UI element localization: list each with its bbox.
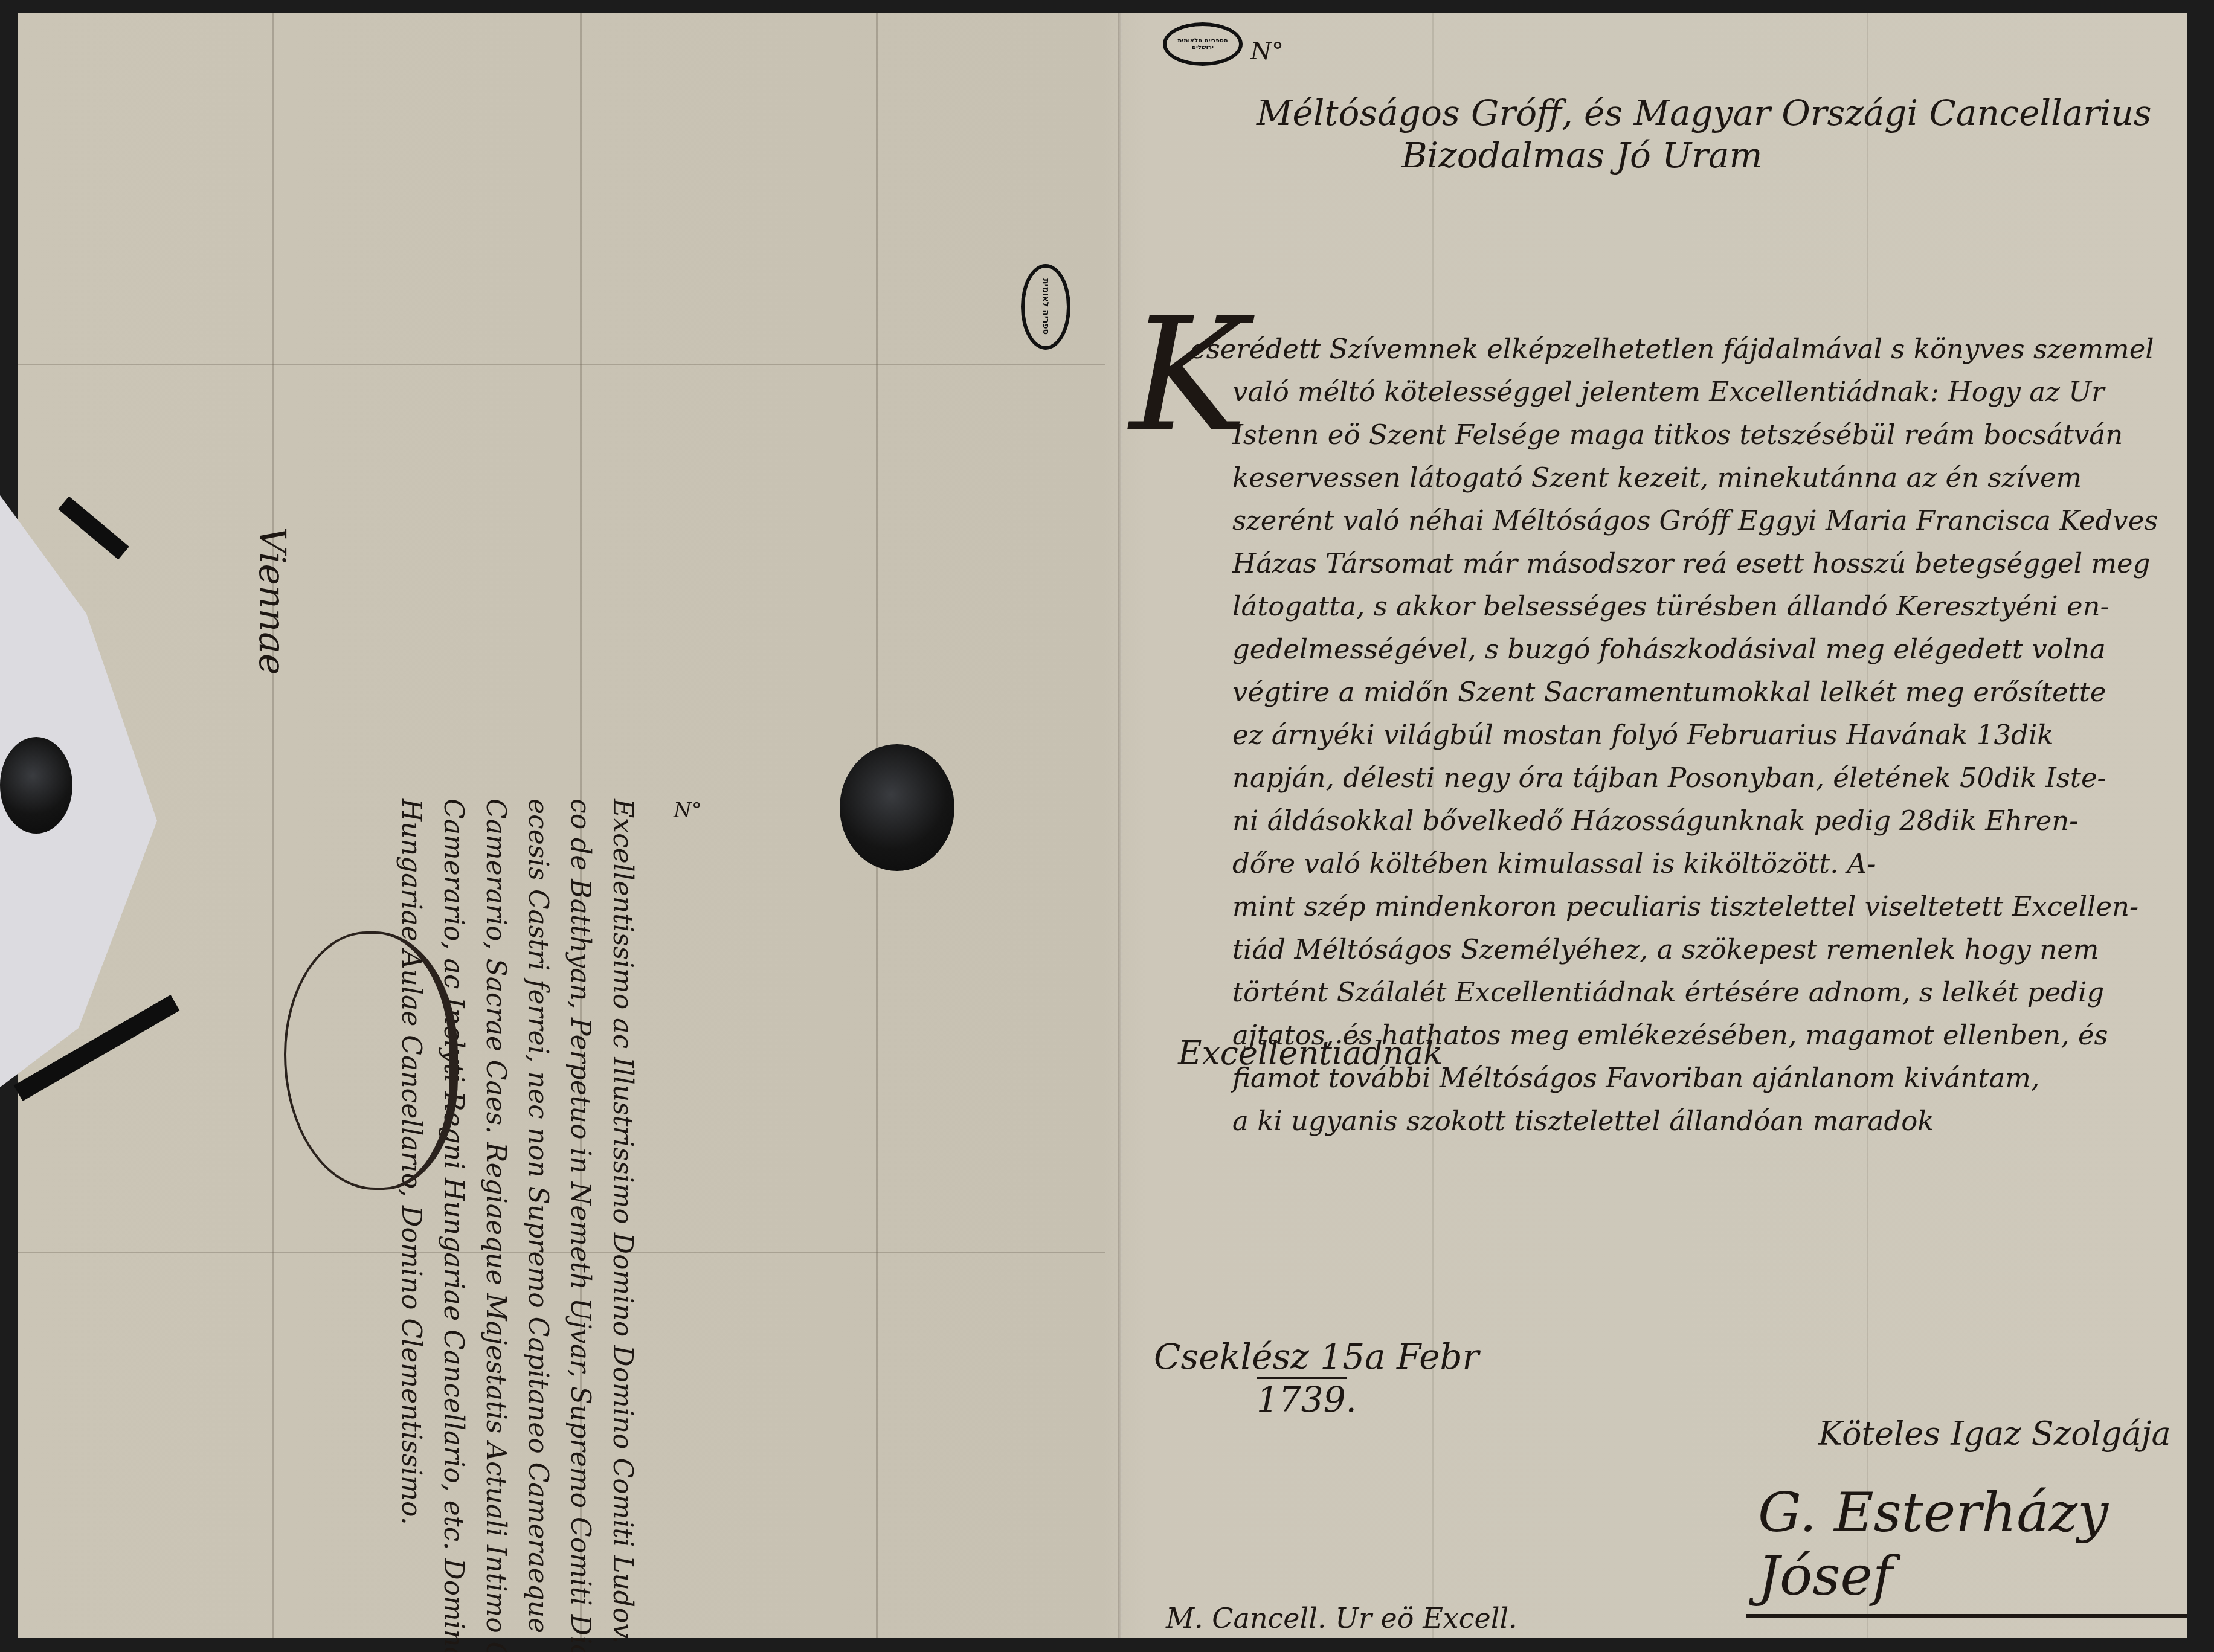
dateline: Cseklész 15a Febr 1739. <box>1154 1336 1479 1420</box>
body-line: mint szép mindenkoron peculiaris tisztel… <box>1190 885 2205 928</box>
wax-seal-fragment-icon <box>0 737 72 834</box>
body-line: való méltó kötelességgel jelentem Excell… <box>1190 370 2205 413</box>
header-number: N° <box>1250 37 1284 65</box>
address-line: Excellentissimo ac Illustrissimo Domino … <box>601 799 643 1306</box>
body-line: eserédett Szívemnek elképzelhetetlen fáj… <box>1190 327 2205 370</box>
signature: G. Esterházy Jósef <box>1746 1481 2187 1618</box>
body-line: ni áldásokkal bővelkedő Házosságunknak p… <box>1190 799 2205 842</box>
body-line: végtire a midőn Szent Sacramentumokkal l… <box>1190 670 2205 713</box>
sign-formula: Köteles Igaz Szolgája <box>1818 1415 2171 1453</box>
flourish-icon <box>284 931 458 1190</box>
library-stamp-icon: ספריה לאומית <box>1021 264 1070 350</box>
library-stamp-icon: הספרייה הלאומית ירושלים <box>1163 22 1243 66</box>
year: 1739. <box>1257 1377 1347 1420</box>
body-line: ez árnyéki világbúl mostan folyó Februar… <box>1190 713 2205 756</box>
body-line: Házas Társomat már másodszor reá esett h… <box>1190 542 2205 585</box>
address-line: co de Batthyan, Perpetuo in Nemeth Ujvar… <box>559 799 601 1306</box>
body-line: tiád Méltóságos Személyéhez, a szökepest… <box>1190 928 2205 971</box>
body-line: dőre való költében kimulassal is kiköltö… <box>1190 842 2205 885</box>
salutation-line-1: Méltóságos Gróff, és Magyar Országi Canc… <box>1257 92 2152 134</box>
body-line: történt Szálalét Excellentiádnak értésér… <box>1190 971 2205 1014</box>
fold-line <box>18 364 1105 365</box>
address-line: Camerario, Sacrae Caes. Regiaeque Majest… <box>474 799 516 1306</box>
place-date: Cseklész 15a Febr <box>1154 1336 1479 1377</box>
salutation: Méltóságos Gróff, és Magyar Országi Canc… <box>1257 92 2152 176</box>
body-line: Istenn eö Szent Felsége maga titkos tets… <box>1190 413 2205 456</box>
salutation-line-2: Bizodalmas Jó Uram <box>1257 134 2152 176</box>
body-line: a ki ugyanis szokott tisztelettel álland… <box>1190 1099 2205 1142</box>
closing: Excellentiádnak <box>1178 1034 1443 1072</box>
body-line: szerént való néhai Méltóságos Gróff Eggy… <box>1190 499 2205 542</box>
destination-vienna: Viennae <box>251 527 293 675</box>
body-line: látogatta, s akkor belsességes türésben … <box>1190 585 2205 628</box>
wax-seal-icon <box>840 744 954 871</box>
center-fold <box>1118 13 1122 1638</box>
body-line: gedelmességével, s buzgó fohászkodásival… <box>1190 628 2205 670</box>
letter-sheet: N° Excellentissimo ac Illustrissimo Domi… <box>18 13 2187 1638</box>
body-line: keservessen látogató Szent kezeit, minek… <box>1190 456 2205 499</box>
address-number: N° <box>674 799 702 823</box>
letter-body: eserédett Szívemnek elképzelhetetlen fáj… <box>1190 327 2205 1142</box>
bottom-note: M. Cancell. Ur eö Excell. <box>1166 1602 1517 1634</box>
fold-line <box>272 13 274 1638</box>
body-line: napján, délesti negy óra tájban Posonyba… <box>1190 756 2205 799</box>
address-line: ecesis Castri ferrei, nec non Supremo Ca… <box>516 799 559 1306</box>
